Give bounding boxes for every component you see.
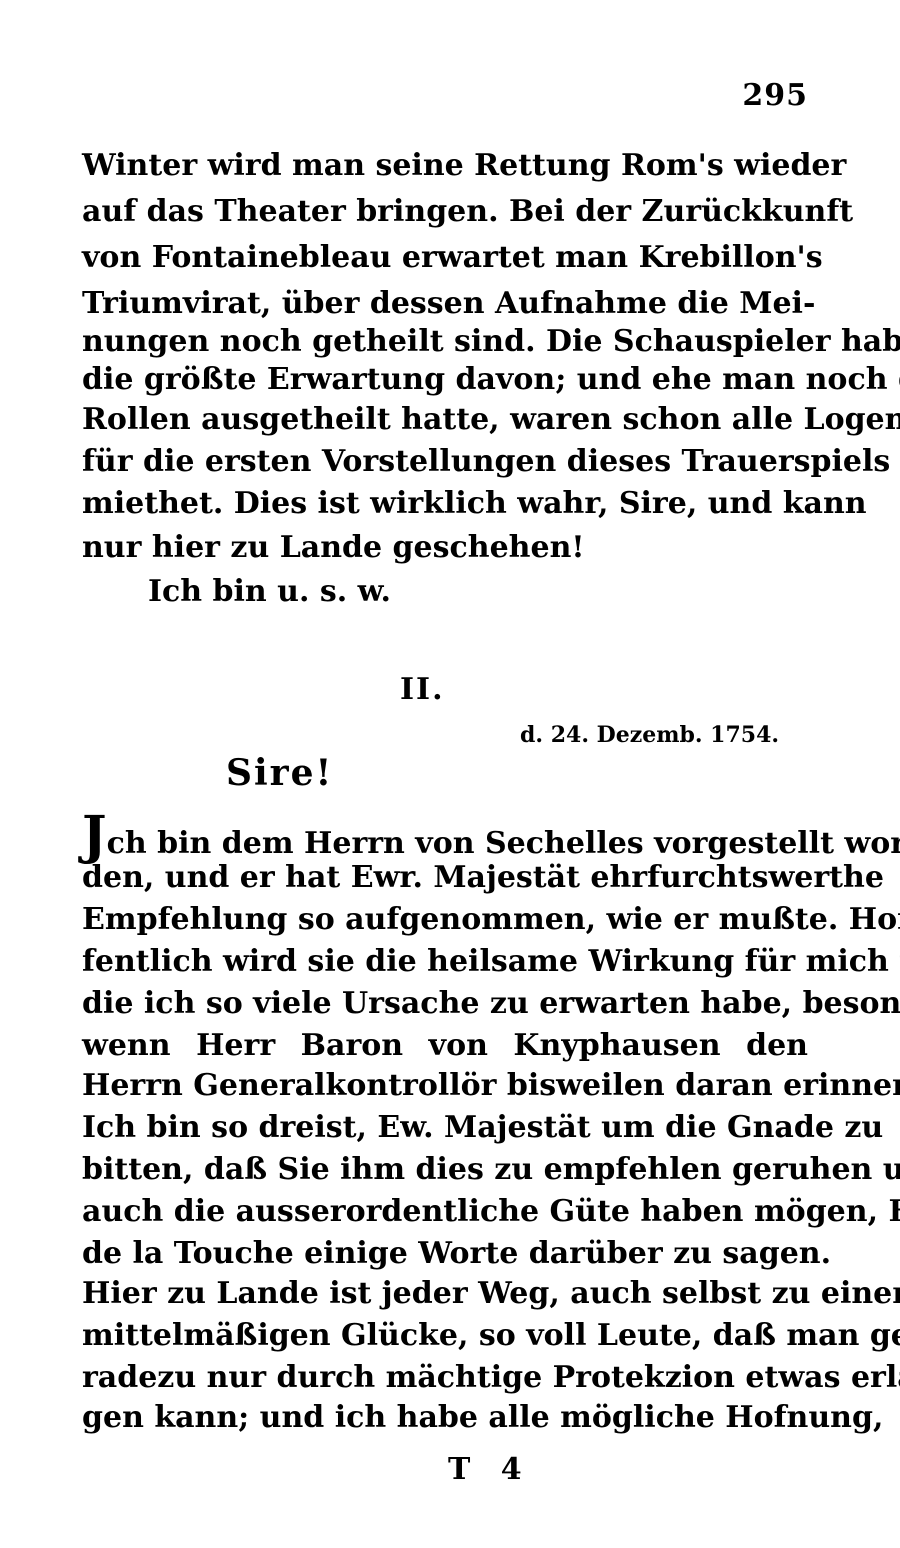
text-line: Winter wird man seine Rettung Rom's wied…: [82, 146, 808, 186]
text-line: Rollen ausgetheilt hatte, waren schon al…: [82, 400, 808, 440]
text-line: mittelmäßigen Glücke, so voll Leute, daß…: [82, 1316, 808, 1356]
text-line: nur hier zu Lande geschehen!: [82, 528, 808, 568]
text-line: de la Touche einige Worte darüber zu sag…: [82, 1234, 808, 1274]
text-line: gen kann; und ich habe alle mögliche Hof…: [82, 1398, 808, 1438]
text-line-first: Jch bin dem Herrn von Sechelles vorgeste…: [82, 816, 808, 864]
text-line: ch bin dem Herrn von Sechelles vorgestel…: [107, 826, 900, 861]
text-line: von Fontainebleau erwartet man Krebillon…: [82, 238, 808, 278]
text-line: Hier zu Lande ist jeder Weg, auch selbst…: [82, 1274, 808, 1314]
drop-cap: J: [82, 805, 107, 866]
signature-mark: T 4: [448, 1452, 532, 1487]
text-line: miethet. Dies ist wirklich wahr, Sire, u…: [82, 484, 808, 524]
text-line: auch die ausserordentliche Güte haben mö…: [82, 1192, 808, 1232]
closing-formula: Ich bin u. s. w.: [148, 572, 808, 612]
salutation: Sire!: [226, 752, 333, 794]
page-number: 295: [742, 78, 808, 113]
text-line: radezu nur durch mächtige Protekzion etw…: [82, 1358, 808, 1398]
text-line: Triumvirat, über dessen Aufnahme die Mei…: [82, 284, 808, 324]
text-line: für die ersten Vorstellungen dieses Trau…: [82, 442, 808, 482]
text-line: Herrn Generalkontrollör bisweilen daran …: [82, 1066, 808, 1106]
text-line: wenn Herr Baron von Knyphausen den: [82, 1026, 808, 1066]
text-line: die größte Erwartung davon; und ehe man …: [82, 360, 808, 400]
text-line: die ich so viele Ursache zu erwarten hab…: [82, 984, 808, 1024]
text-line: Ich bin so dreist, Ew. Majestät um die G…: [82, 1108, 808, 1148]
text-line: fentlich wird sie die heilsame Wirkung f…: [82, 942, 808, 982]
text-line: bitten, daß Sie ihm dies zu empfehlen ge…: [82, 1150, 808, 1190]
text-line: auf das Theater bringen. Bei der Zurückk…: [82, 192, 808, 232]
letter-number: II.: [400, 672, 445, 707]
letter-date: d. 24. Dezemb. 1754.: [520, 722, 779, 748]
text-line: nungen noch getheilt sind. Die Schauspie…: [82, 322, 808, 362]
text-line: den, und er hat Ewr. Majestät ehrfurchts…: [82, 858, 808, 898]
text-line: Empfehlung so aufgenommen, wie er mußte.…: [82, 900, 808, 940]
